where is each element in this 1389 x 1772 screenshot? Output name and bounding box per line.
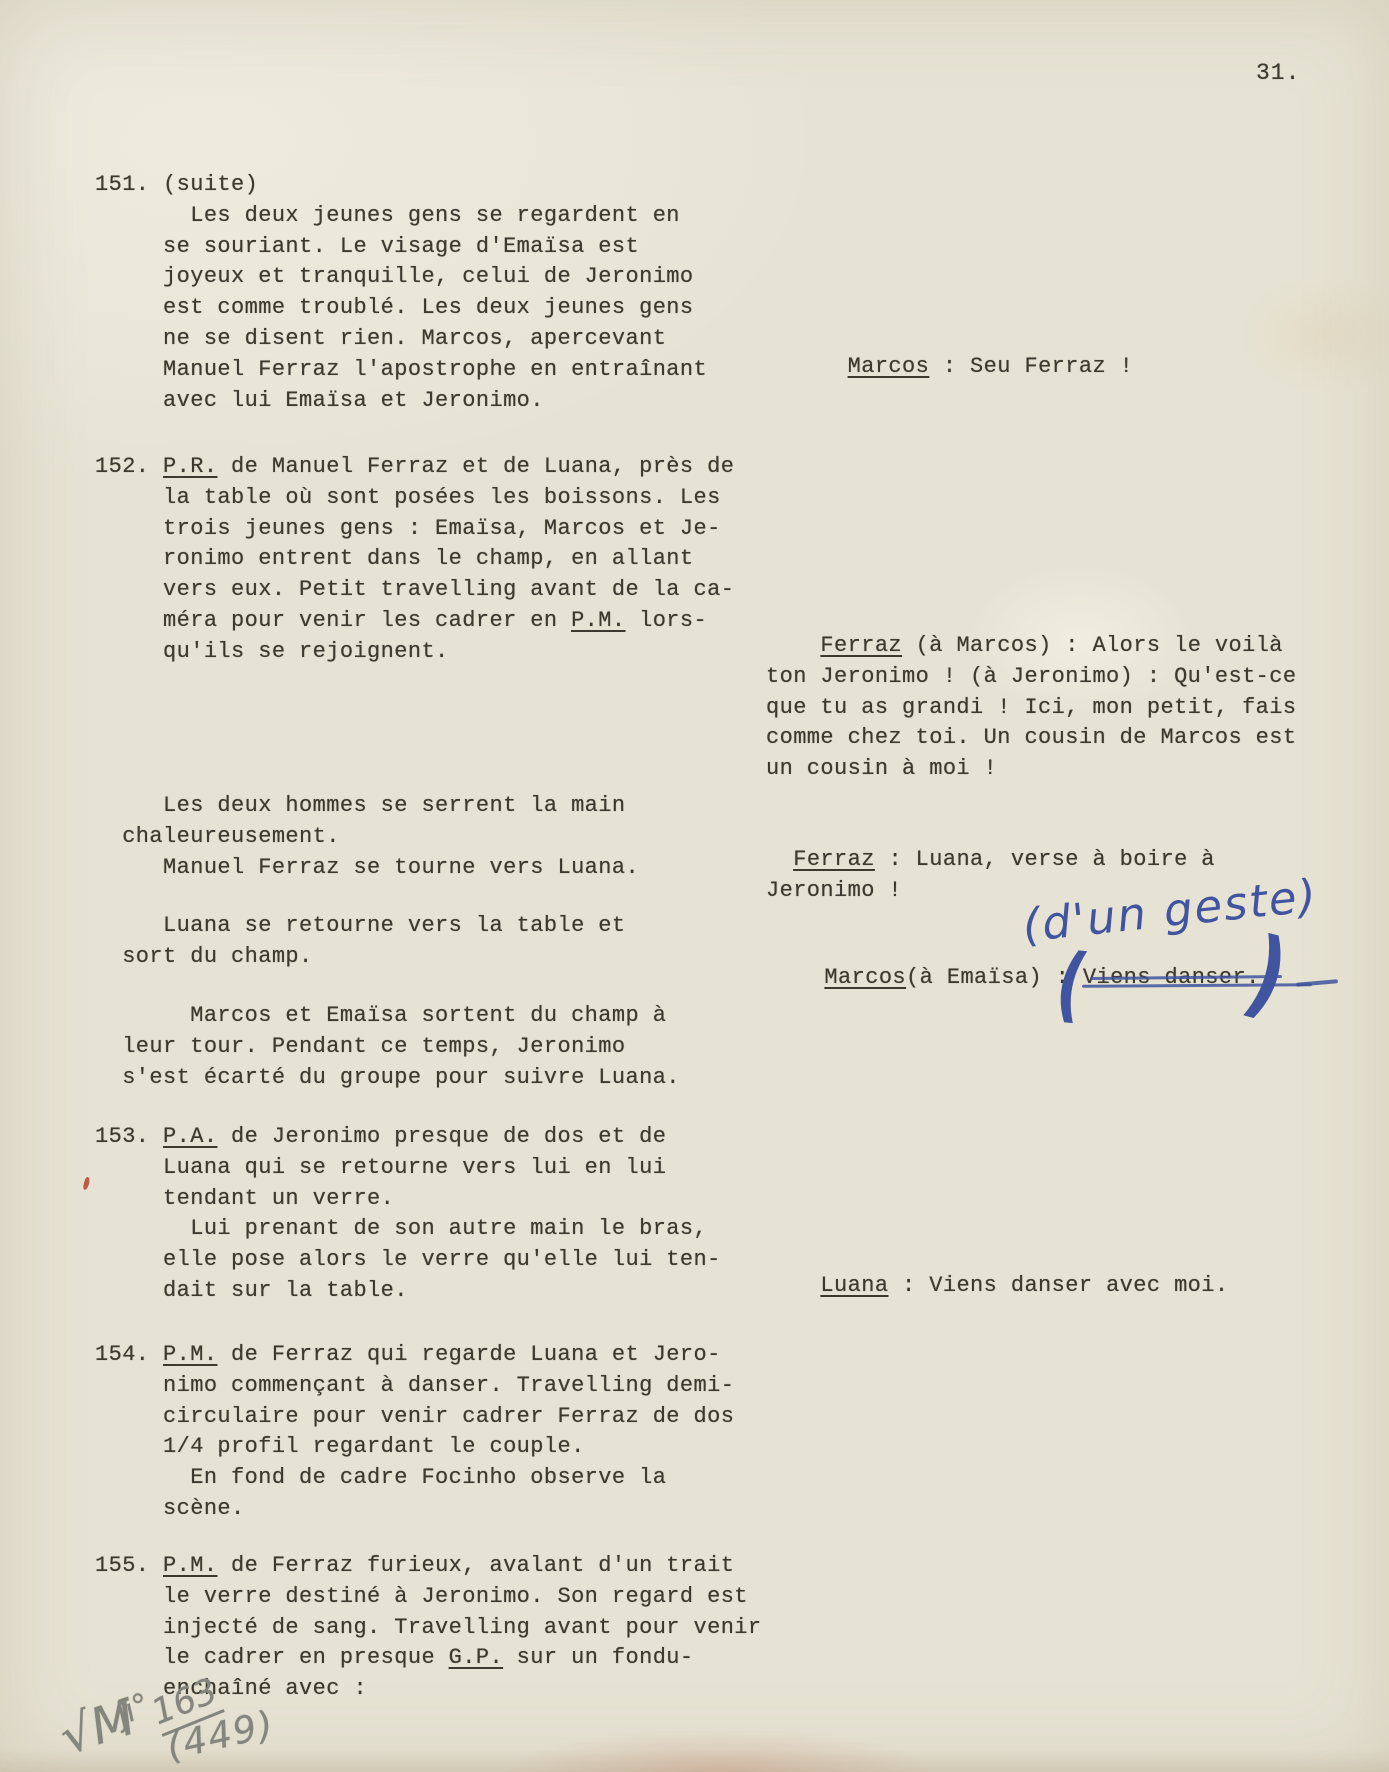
script-line: ne se disent rien. Marcos, apercevant (95, 324, 707, 355)
script-line: circulaire pour venir cadrer Ferraz de d… (95, 1402, 734, 1433)
dialogue-luana-viens-danser: Luana : Viens danser avec moi. (766, 1271, 1229, 1302)
scene-152-description: 152. P.R. de Manuel Ferraz et de Luana, … (95, 452, 734, 668)
script-line: Luana se retourne vers la table et (95, 911, 625, 942)
dialogue-marcos-seu-ferraz: Marcos : Seu Ferraz ! (766, 352, 1133, 383)
script-line: méra pour venir les cadrer en P.M. lors- (95, 606, 734, 637)
script-line: chaleureusement. (95, 822, 639, 853)
dialogue-ferraz-a-marcos: Ferraz (à Marcos) : Alors le voilàton Je… (766, 631, 1296, 785)
red-ink-mark (83, 1177, 91, 1191)
script-line: scène. (95, 1494, 734, 1525)
script-line: dait sur la table. (95, 1276, 721, 1307)
script-line: s'est écarté du groupe pour suivre Luana… (95, 1063, 680, 1094)
script-line: 151. (suite) (95, 170, 707, 201)
script-line: Manuel Ferraz se tourne vers Luana. (95, 853, 639, 884)
script-line: Marcos et Emaïsa sortent du champ à (95, 1001, 680, 1032)
scene-154-description: 154. P.M. de Ferraz qui regarde Luana et… (95, 1340, 734, 1525)
script-line: trois jeunes gens : Emaïsa, Marcos et Je… (95, 514, 734, 545)
script-line: Les deux jeunes gens se regardent en (95, 201, 707, 232)
script-line: vers eux. Petit travelling avant de la c… (95, 575, 734, 606)
script-line: Luana : Viens danser avec moi. (766, 1271, 1229, 1302)
script-line: Manuel Ferraz l'apostrophe en entraînant (95, 355, 707, 386)
script-line: un cousin à moi ! (766, 754, 1296, 785)
script-line: le cadrer en presque G.P. sur un fondu- (95, 1643, 762, 1674)
script-line: En fond de cadre Focinho observe la (95, 1463, 734, 1494)
script-line: joyeux et tranquille, celui de Jeronimo (95, 262, 707, 293)
script-line: ronimo entrent dans le champ, en allant (95, 544, 734, 575)
scene-153-description: 153. P.A. de Jeronimo presque de dos et … (95, 1122, 721, 1307)
blue-strikethrough-dash (1296, 979, 1338, 987)
script-line: avec lui Emaïsa et Jeronimo. (95, 386, 707, 417)
script-line: injecté de sang. Travelling avant pour v… (95, 1613, 762, 1644)
action-poignee-de-main: Les deux hommes se serrent la main chale… (95, 791, 639, 883)
script-line: le verre destiné à Jeronimo. Son regard … (95, 1582, 762, 1613)
script-line: Ferraz : Luana, verse à boire à (766, 845, 1215, 876)
script-line: elle pose alors le verre qu'elle lui ten… (95, 1245, 721, 1276)
script-line: tendant un verre. (95, 1184, 721, 1215)
scene-151-description: 151. (suite) Les deux jeunes gens se reg… (95, 170, 707, 416)
action-luana-table: Luana se retourne vers la table et sort … (95, 911, 625, 973)
script-line: que tu as grandi ! Ici, mon petit, fais (766, 693, 1296, 724)
script-line: nimo commençant à danser. Travelling dem… (95, 1371, 734, 1402)
script-line: Luana qui se retourne vers lui en lui (95, 1153, 721, 1184)
script-line: Ferraz (à Marcos) : Alors le voilà (766, 631, 1296, 662)
script-line: Lui prenant de son autre main le bras, (95, 1214, 721, 1245)
script-line: ton Jeronimo ! (à Jeronimo) : Qu'est-ce (766, 662, 1296, 693)
script-line: 154. P.M. de Ferraz qui regarde Luana et… (95, 1340, 734, 1371)
script-line: se souriant. Le visage d'Emaïsa est (95, 232, 707, 263)
script-line: Marcos : Seu Ferraz ! (766, 352, 1133, 383)
script-line: Les deux hommes se serrent la main (95, 791, 639, 822)
script-line: leur tour. Pendant ce temps, Jeronimo (95, 1032, 680, 1063)
script-line: 152. P.R. de Manuel Ferraz et de Luana, … (95, 452, 734, 483)
script-line: est comme troublé. Les deux jeunes gens (95, 293, 707, 324)
script-line: la table où sont posées les boissons. Le… (95, 483, 734, 514)
script-line: 155. P.M. de Ferraz furieux, avalant d'u… (95, 1551, 762, 1582)
script-line: sort du champ. (95, 942, 625, 973)
script-line: 1/4 profil regardant le couple. (95, 1432, 734, 1463)
script-line: 153. P.A. de Jeronimo presque de dos et … (95, 1122, 721, 1153)
script-page: 31. 151. (suite) Les deux jeunes gens se… (0, 0, 1389, 1772)
script-line: qu'ils se rejoignent. (95, 637, 734, 668)
action-marcos-emaisa-sortent: Marcos et Emaïsa sortent du champ à leur… (95, 1001, 680, 1093)
page-number: 31. (1256, 60, 1300, 86)
script-line: comme chez toi. Un cousin de Marcos est (766, 723, 1296, 754)
